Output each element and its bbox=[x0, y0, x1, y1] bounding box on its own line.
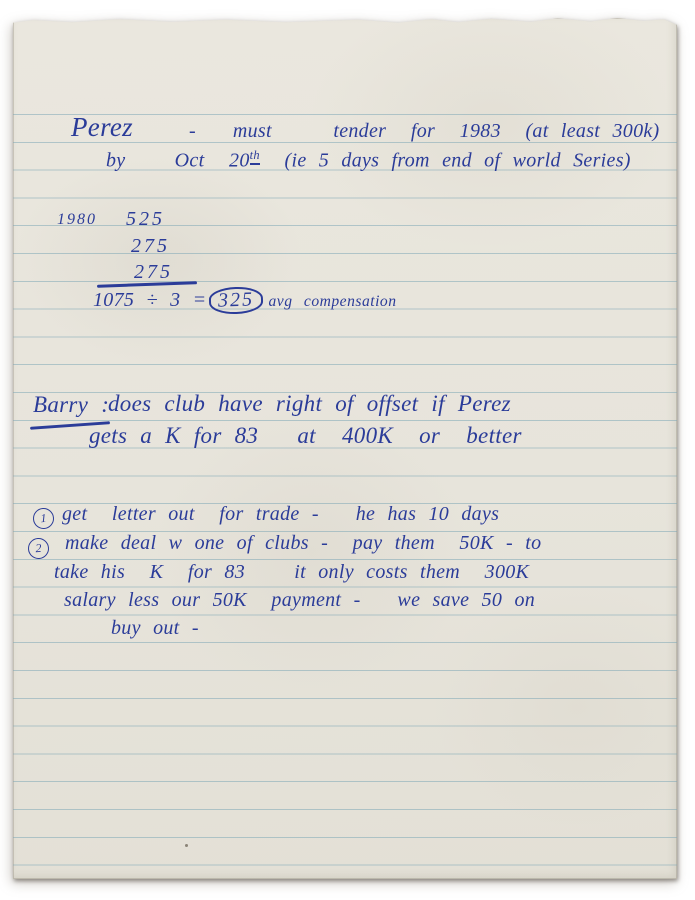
calc-value-3: 275 bbox=[134, 262, 173, 282]
scanned-note-photo: Perez - must tender for 1983 (at least 3… bbox=[0, 0, 695, 900]
barry-line2: gets a K for 83 at 400K or better bbox=[89, 424, 522, 447]
calc-sum-expression: 1075 ÷ 3 = bbox=[93, 289, 206, 311]
calc-result-line: 1075 ÷ 3 =325avg compensation bbox=[93, 287, 397, 314]
paper-sheet: Perez - must tender for 1983 (at least 3… bbox=[13, 18, 677, 879]
calc-sum-label: avg compensation bbox=[268, 293, 396, 310]
header-line2-ordinal: th bbox=[250, 148, 260, 165]
barry-line1: does club have right of offset if Perez bbox=[108, 392, 511, 415]
calc-sum-result: 325 bbox=[209, 286, 264, 315]
header-line2: by Oct 20th (ie 5 days from end of world… bbox=[106, 149, 631, 171]
header-line2-pre: by Oct 20 bbox=[106, 150, 250, 172]
barry-name: Barry bbox=[33, 392, 88, 417]
header-line1-rest: - must tender for 1983 (at least 300k) bbox=[189, 121, 660, 141]
item1-line1: get letter out for trade - he has 10 day… bbox=[62, 504, 499, 524]
paper-speck bbox=[185, 844, 188, 847]
calc-value-2: 275 bbox=[131, 236, 170, 256]
barry-colon: : bbox=[88, 392, 109, 417]
ruled-lines bbox=[13, 114, 677, 875]
item2-line1: make deal w one of clubs - pay them 50K … bbox=[65, 533, 541, 553]
barry-label: Barry : bbox=[33, 393, 109, 416]
item2-line2: take his K for 83 it only costs them 300… bbox=[54, 562, 529, 582]
header-name: Perez bbox=[71, 114, 133, 141]
item2-line3: salary less our 50K payment - we save 50… bbox=[64, 590, 535, 610]
calc-year: 1980 bbox=[57, 212, 97, 228]
lined-paper: Perez - must tender for 1983 (at least 3… bbox=[13, 18, 677, 879]
item2-line4: buy out - bbox=[111, 618, 199, 638]
header-line2-post: (ie 5 days from end of world Series) bbox=[260, 150, 631, 172]
calc-value-1: 525 bbox=[126, 209, 165, 229]
